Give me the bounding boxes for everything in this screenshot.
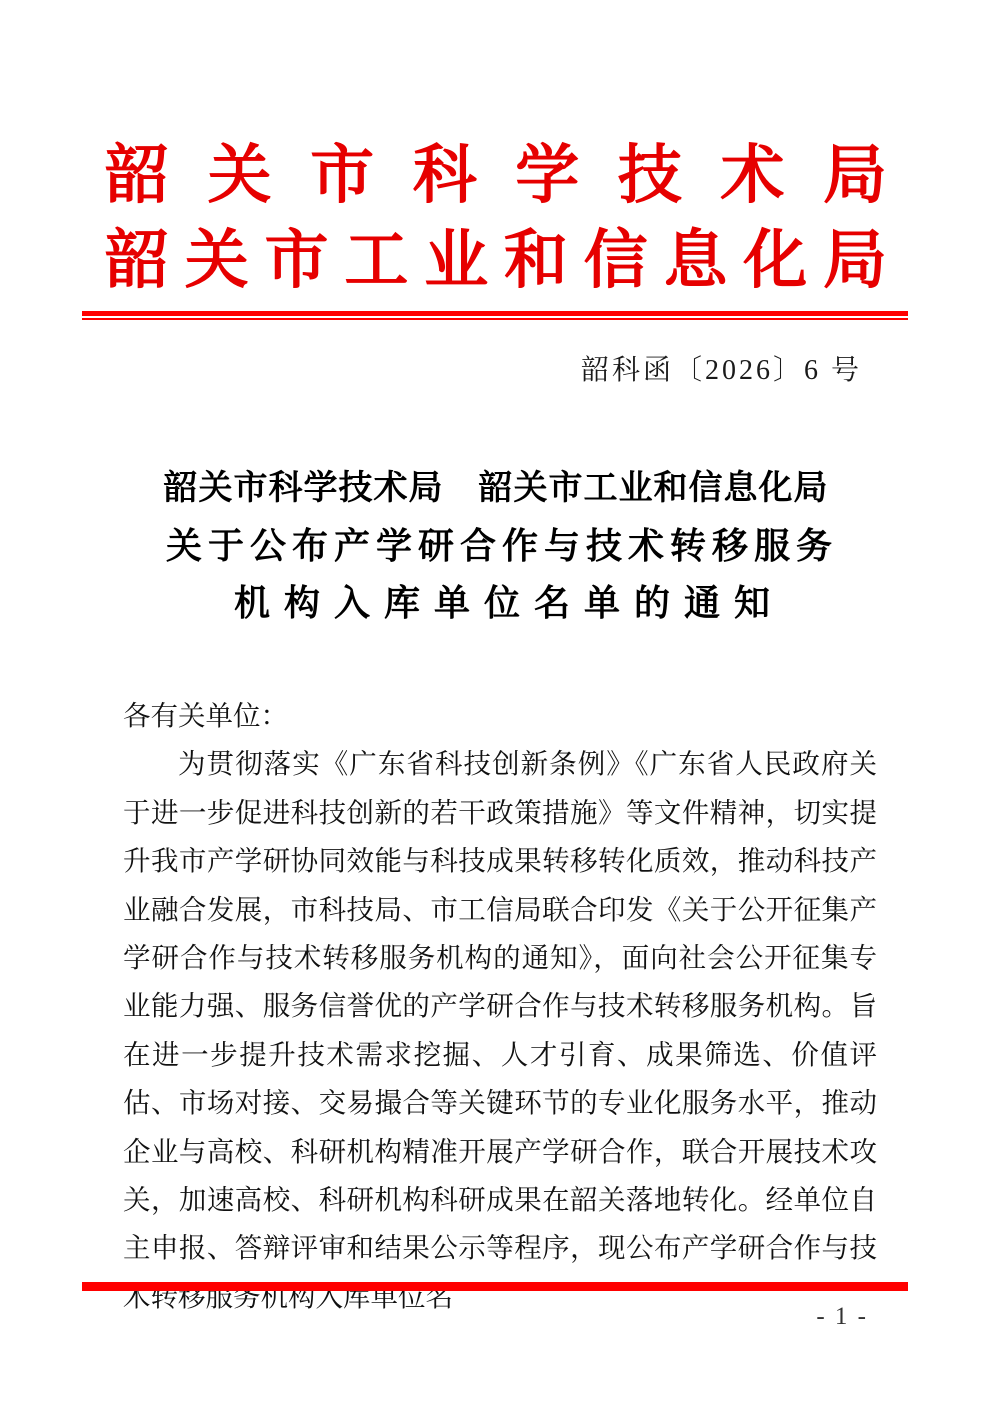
agency-name-line-1: 韶关市科学技术局: [105, 133, 887, 218]
body-paragraph: 为贯彻落实《广东省科技创新条例》《广东省人民政府关于进一步促进科技创新的若干政策…: [123, 740, 877, 1321]
agency-name-line-2: 韶关市工业和信息化局: [105, 218, 887, 303]
footer-rule: [82, 1282, 908, 1291]
page-number: - 1 -: [816, 1300, 868, 1333]
letterhead-divider-rule: [82, 311, 908, 320]
title-line-3: 机构入库单位名单的通知: [0, 575, 992, 633]
document-title: 韶关市科学技术局 韶关市工业和信息化局 关于公布产学研合作与技术转移服务 机构入…: [0, 460, 992, 633]
title-line-2: 关于公布产学研合作与技术转移服务: [0, 518, 992, 576]
document-body: 各有关单位： 为贯彻落实《广东省科技创新条例》《广东省人民政府关于进一步促进科技…: [123, 692, 877, 1321]
reference-number: 韶科函〔2026〕6 号: [581, 352, 862, 390]
title-line-1: 韶关市科学技术局 韶关市工业和信息化局: [0, 460, 992, 518]
salutation: 各有关单位：: [123, 692, 877, 740]
document-page: 韶关市科学技术局 韶关市工业和信息化局 韶科函〔2026〕6 号 韶关市科学技术…: [0, 0, 992, 1403]
letterhead: 韶关市科学技术局 韶关市工业和信息化局: [105, 133, 887, 303]
